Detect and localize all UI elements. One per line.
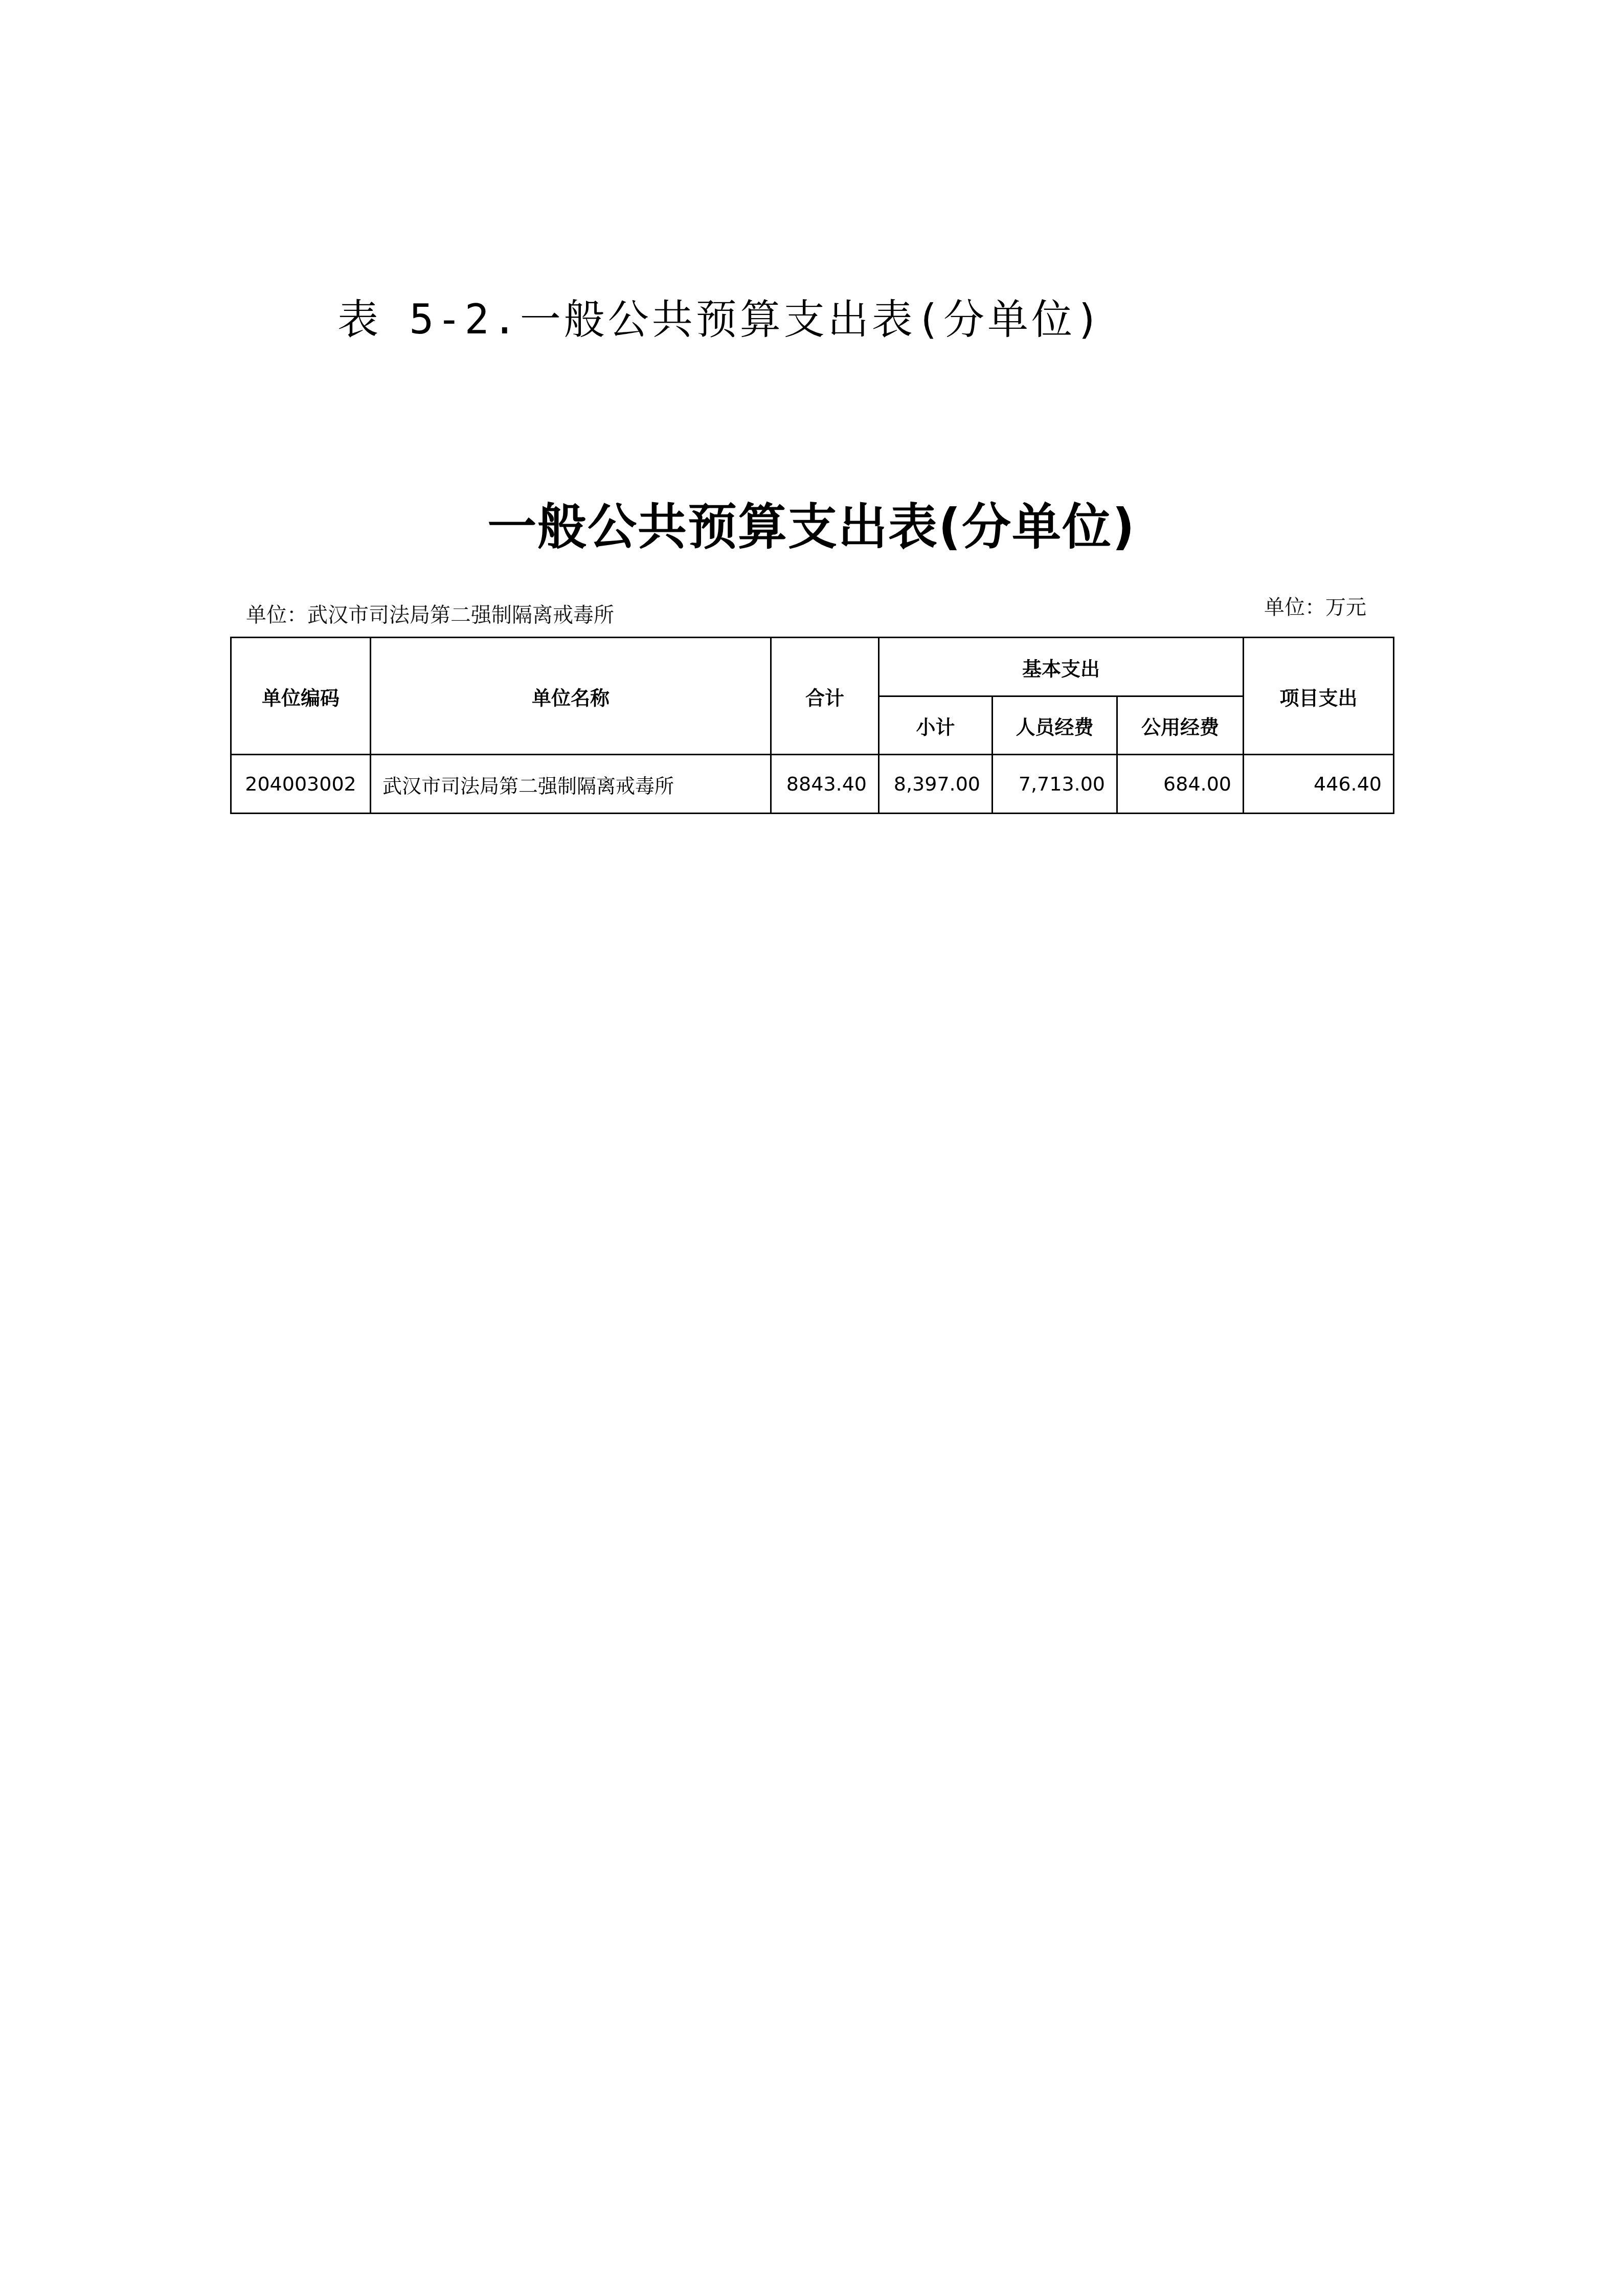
table-title: 一般公共预算支出表(分单位) bbox=[0, 493, 1623, 560]
cell-unit-name: 武汉市司法局第二强制隔离戒毒所 bbox=[371, 755, 771, 814]
header-unit-code: 单位编码 bbox=[231, 638, 371, 755]
header-personnel: 人员经费 bbox=[993, 696, 1117, 755]
budget-expenditure-table: 单位编码 单位名称 合计 基本支出 项目支出 小计 人员经费 公用经费 2040… bbox=[230, 637, 1394, 814]
header-subtotal: 小计 bbox=[879, 696, 993, 755]
document-heading: 表 5-2.一般公共预算支出表(分单位) bbox=[337, 291, 1103, 348]
cell-public: 684.00 bbox=[1117, 755, 1244, 814]
header-basic-expense: 基本支出 bbox=[879, 638, 1244, 696]
header-public: 公用经费 bbox=[1117, 696, 1244, 755]
cell-project-expense: 446.40 bbox=[1244, 755, 1394, 814]
cell-unit-code: 204003002 bbox=[231, 755, 371, 814]
cell-subtotal: 8,397.00 bbox=[879, 755, 993, 814]
currency-unit-label: 单位：万元 bbox=[1264, 594, 1366, 621]
header-project-expense: 项目支出 bbox=[1244, 638, 1394, 755]
table-row: 204003002 武汉市司法局第二强制隔离戒毒所 8843.40 8,397.… bbox=[231, 755, 1394, 814]
header-total: 合计 bbox=[771, 638, 879, 755]
unit-organization-label: 单位：武汉市司法局第二强制隔离戒毒所 bbox=[246, 601, 614, 629]
cell-total: 8843.40 bbox=[771, 755, 879, 814]
cell-personnel: 7,713.00 bbox=[993, 755, 1117, 814]
header-row-1: 单位编码 单位名称 合计 基本支出 项目支出 bbox=[231, 638, 1394, 696]
header-unit-name: 单位名称 bbox=[371, 638, 771, 755]
